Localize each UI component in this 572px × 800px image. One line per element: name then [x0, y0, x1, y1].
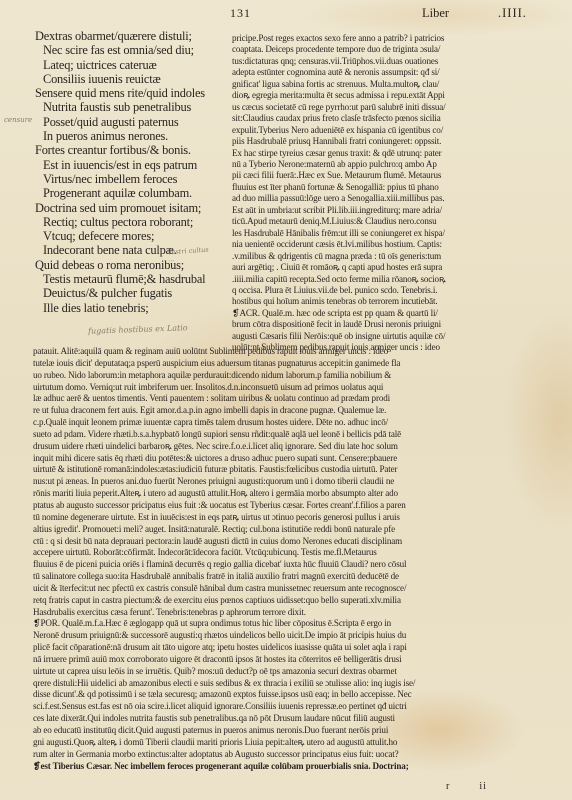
- marginalia-fugatis: fugatis hostibus ex Latio: [88, 323, 188, 335]
- commentary-line: disse dicunt'.& qd potissimū i se tæla s…: [33, 689, 538, 701]
- commentary-line: dioꝶ egregia merita:multa ēt secus admis…: [232, 90, 538, 101]
- commentary-line: Hasdrubalis exercitus cæsa ferunt'. Tene…: [33, 607, 538, 619]
- commentary-line: inquit mihi dicere satis ēq rhæti diu po…: [33, 453, 538, 465]
- marginalia-vtcumque: Vestri cultus ... ...: [167, 247, 210, 271]
- verse-line: Rectiq; cultus pectora roborant;: [35, 215, 235, 229]
- commentary-line: .v.milibus & qdrigentis cū magna præda :…: [232, 251, 538, 262]
- book-number: .IIII.: [498, 6, 527, 21]
- verse-line: Fortes creantur fortibus/& bonis.: [35, 143, 235, 157]
- verse-line: Dextras obarmet/quærere distuli;: [35, 29, 235, 43]
- commentary-line: uicit & īterfecit:ut nec pfectū ex castr…: [33, 583, 538, 595]
- commentary-line: augusti Cæsaris filii Nerōis:quē ob insi…: [232, 331, 538, 342]
- commentary-right-column: pricipe.Post reges exactos sexo fere ann…: [232, 33, 538, 354]
- commentary-line: tū salinatore collega suo:ita Hasdrubalē…: [33, 571, 538, 583]
- commentary-line: nus:ut pi æneas. In pueros ani.duo fuerū…: [33, 476, 538, 488]
- commentary-line: qrere distuli:Hii uidelici ab amazonibus…: [33, 678, 538, 690]
- commentary-line: læ adhuc aerē & uentos timentis. Venti p…: [33, 393, 538, 405]
- signature-numeral: ii: [479, 781, 487, 792]
- commentary-line: Neronē drusum priuignū:& successorē augu…: [33, 630, 538, 642]
- commentary-line: Est aūt in umbria:ut scribit Pli.lib.iii…: [232, 205, 538, 216]
- commentary-line: q occisa. Plura ēt Liuius.vii.de bel. pu…: [232, 285, 538, 296]
- commentary-line: nū a Tyberio Nerone:maternū ab appio pul…: [232, 159, 538, 170]
- commentary-line: ad duo millia passuū:lōge uero a Senogal…: [232, 193, 538, 204]
- commentary-line: uirtutum domo. Verniq:ut ruit imbriferum…: [33, 382, 538, 394]
- verse-column: Dextras obarmet/quærere distuli;Nec scir…: [35, 29, 235, 315]
- commentary-line: c.p.Qualē inquit leonem primæ iuuentæ ca…: [33, 417, 538, 429]
- running-title: Liber: [422, 6, 449, 21]
- commentary-line: auri argētiq; . Ciuiū ēt romāoꝶ q capti …: [232, 262, 538, 273]
- verse-line: Deuictus/& pulcher fugatis: [35, 286, 235, 300]
- commentary-line: accepere uirtutū. Roborāt:cōfirmāt. Inde…: [33, 547, 538, 559]
- commentary-line: ptatus ab augusto successor pricipatus e…: [33, 500, 538, 512]
- verse-line: Posset/quid augusti paternus: [35, 115, 235, 129]
- commentary-line: gni augusti.Quoꝶ alteꝶ i domū Tiberii cl…: [33, 737, 538, 749]
- commentary-line: ❡est Tiberius Cæsar. Nec imbellem feroce…: [33, 761, 538, 773]
- commentary-line: les Hasdrubalē Hānibalis frēm:ut illi se…: [232, 228, 538, 239]
- commentary-line: us cæcus societatē cū rege pyrrho:ut par…: [232, 102, 538, 113]
- verse-line: Virtus/nec imbellem feroces: [35, 172, 235, 186]
- commentary-line: brum cōtra dispositionē fecit in laudē D…: [232, 319, 538, 330]
- commentary-line: re ut fulua draconem fert auis. Egit amo…: [33, 405, 538, 417]
- verse-line: Doctrina sed uim promouet isitam;: [35, 201, 235, 215]
- verse-line: Nutrita faustis sub penetralibus: [35, 100, 235, 114]
- commentary-line: patauit. Alitē:aquilā quam & reginam aui…: [33, 346, 538, 358]
- commentary-line: ctū : q si desit bū nata deprauari pecto…: [33, 536, 538, 548]
- verse-line: Vtcuq; defecere mores;: [35, 229, 235, 243]
- commentary-line: ticū.Apud metaurū deniq.M.Liuius:& Claud…: [232, 216, 538, 227]
- verse-line: Ille dies latio tenebris;: [35, 301, 235, 315]
- commentary-line: hostibus qui hoīum animis tenebras ob te…: [232, 296, 538, 307]
- verse-line: Testis metaurū flumē;& hasdrubal: [35, 272, 235, 286]
- commentary-line: tū nomine degenerare uirtute. Est in iuu…: [33, 512, 538, 524]
- commentary-line: ces late dixerāt.Qui indoles nutrita fau…: [33, 713, 538, 725]
- commentary-line: tus:dictaturas qnq; censuras.vii.Triūpho…: [232, 56, 538, 67]
- commentary-line: ❡ACR. Qualē.m. hæc ode scripta est pp qu…: [232, 308, 538, 319]
- commentary-line: rōnis mariti liuia peperit.Alteꝶ i utero…: [33, 488, 538, 500]
- commentary-line: pii cæci filii fuerā:.Hæc ex Sue. Metaur…: [232, 170, 538, 181]
- commentary-line: uirtute ut caprea uisu leōis in se irruē…: [33, 666, 538, 678]
- commentary-line: pricipe.Post reges exactos sexo fere ann…: [232, 33, 538, 44]
- signature-letter: r: [446, 781, 450, 792]
- signature-mark: r ii: [446, 781, 487, 792]
- commentary-full-width: patauit. Alitē:aquilā quam & reginam aui…: [33, 346, 538, 772]
- commentary-line: sueto ad pdam. Videre rhæti.b.s.a.hypbat…: [33, 429, 538, 441]
- book-page: 131 Liber .IIII. Dextras obarmet/quærere…: [0, 0, 572, 800]
- commentary-line: altius igredit'. Promouet:i meli? auget.…: [33, 524, 538, 536]
- commentary-line: drusum uidere rhæti uindelici barbaroꝶ g…: [33, 441, 538, 453]
- commentary-line: expulit.Tyberius Nero adueniētē ex hispa…: [232, 125, 538, 136]
- commentary-line: ab eo educatū institutūq dicit.Quid augu…: [33, 725, 538, 737]
- commentary-line: nia uenientē occiderunt cæsis ēt.lvi.mil…: [232, 239, 538, 250]
- commentary-line: sit:Claudius caudax prius freto clasſe t…: [232, 113, 538, 124]
- verse-line: Est in iuuencis/est in eqs patrum: [35, 158, 235, 172]
- verse-line: Sensere quid mens rite/quid indoles: [35, 86, 235, 100]
- verse-line: In pueros animus nerones.: [35, 129, 235, 143]
- commentary-line: gnificat' ligua sabina fortis ac strenuu…: [232, 79, 538, 90]
- commentary-line: tutelæ iouis dicit' deputataq;a psperū a…: [33, 358, 538, 370]
- commentary-line: retq fratris caput in castra piectum:& d…: [33, 595, 538, 607]
- verse-line: Lateq; uictrices cateruæ: [35, 58, 235, 72]
- commentary-line: .iiii.milia capitū recepta.Sed octo ferm…: [232, 274, 538, 285]
- commentary-line: adepta estūnter cognomina autē & neronis…: [232, 67, 538, 78]
- verse-line: Progenerant aquilæ columbam.: [35, 186, 235, 200]
- running-head: 131 Liber .IIII.: [230, 4, 532, 20]
- commentary-line: fluuius ē de piceni puicia oriēs i flami…: [33, 559, 538, 571]
- marginalia-censure: censure: [4, 116, 32, 124]
- folio-number: 131: [230, 6, 251, 21]
- commentary-line: plicē facit cōparationē:nā drusum ait tā…: [33, 642, 538, 654]
- commentary-line: uo rubeo. Nido laborum:in metaphora aqui…: [33, 370, 538, 382]
- commentary-line: piis Hasdrubalē priusq Hannibali fratri …: [232, 136, 538, 147]
- commentary-line: nā irruere primū auiū mox corroborato ui…: [33, 654, 538, 666]
- commentary-line: uirtutē & istitutionē romanā:indoles:æta…: [33, 464, 538, 476]
- commentary-line: coaptata. Deiceps procedente tempore duo…: [232, 44, 538, 55]
- commentary-line: fluuius est īter phanū fortunæ & Senogal…: [232, 182, 538, 193]
- commentary-line: Ex hac stirpe tyreius cæsar genus traxit…: [232, 148, 538, 159]
- commentary-line: rum alter in Germania morbo extinctus:al…: [33, 749, 538, 761]
- commentary-line: ❡POR. Qualē.m.f.a.Hæc ē æglogapp quā ut …: [33, 618, 538, 630]
- verse-line: Consiliis iuuenis reuictæ: [35, 72, 235, 86]
- commentary-line: sci.f.est.Sensus est.fas est nō oia scir…: [33, 701, 538, 713]
- verse-line: Nec scire fas est omnia/sed diu;: [35, 43, 235, 57]
